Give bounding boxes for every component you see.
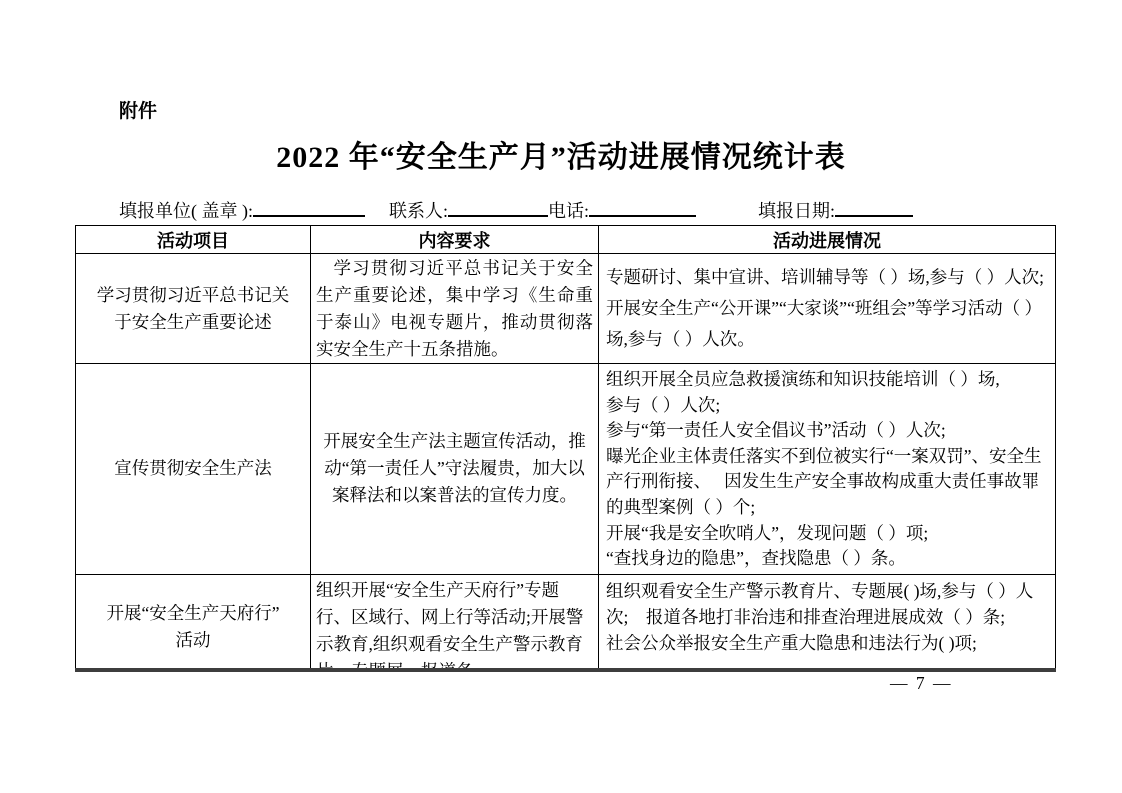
report-date-blank xyxy=(835,200,913,217)
report-info-line: 填报单位( 盖章 ):联系人:电话:填报日期: xyxy=(119,197,913,223)
table-header-row: 活动项目 内容要求 活动进展情况 xyxy=(76,226,1056,254)
table-row: 学习贯彻习近平总书记关 于安全生产重要论述 学习贯彻习近平总书记关于安全生产重要… xyxy=(76,254,1056,364)
progress-cell: 专题研讨、集中宣讲、培训辅导等（ ）场,参与（ ）人次;开展安全生产“公开课”“… xyxy=(599,254,1056,364)
table-row: 开展“安全生产天府行” 活动 组织开展“安全生产天府行”专题行、区域行、网上行等… xyxy=(76,574,1056,672)
contact-person-blank xyxy=(448,200,548,217)
requirements-cell: 学习贯彻习近平总书记关于安全生产重要论述，集中学习《生命重于泰山》电视专题片，推… xyxy=(311,254,599,364)
statistics-table: 活动项目 内容要求 活动进展情况 学习贯彻习近平总书记关 于安全生产重要论述 学… xyxy=(75,225,1056,672)
requirements-text: 学习贯彻习近平总书记关于安全生产重要论述，集中学习《生命重于泰山》电视专题片，推… xyxy=(311,255,598,363)
statistics-table-wrapper: 活动项目 内容要求 活动进展情况 学习贯彻习近平总书记关 于安全生产重要论述 学… xyxy=(75,225,1056,672)
progress-text: 组织观看安全生产警示教育片、专题展( )场,参与（ ）人次; 报道各地打非治违和… xyxy=(599,575,1055,658)
progress-cell: 组织开展全员应急救援演练和知识技能培训（ ）场, 参与（ ）人次; 参与“第一责… xyxy=(599,364,1056,575)
column-header-content-requirements: 内容要求 xyxy=(311,226,599,254)
page-title: 2022 年“安全生产月”活动进展情况统计表 xyxy=(0,132,1122,176)
phone-blank xyxy=(589,200,696,217)
project-cell: 学习贯彻习近平总书记关 于安全生产重要论述 xyxy=(76,254,311,364)
column-header-activity-project: 活动项目 xyxy=(76,226,311,254)
contact-person-label: 联系人: xyxy=(389,201,448,221)
document-page: 附件 2022 年“安全生产月”活动进展情况统计表 填报单位( 盖章 ):联系人… xyxy=(0,0,1122,793)
progress-cell: 组织观看安全生产警示教育片、专题展( )场,参与（ ）人次; 报道各地打非治违和… xyxy=(599,574,1056,672)
requirements-cell: 开展安全生产法主题宣传活动，推动“第一责任人”守法履贵，加大以案释法和以案普法的… xyxy=(311,364,599,575)
attachment-label: 附件 xyxy=(119,96,157,123)
reporting-unit-blank xyxy=(253,200,365,217)
page-number: — 7 — xyxy=(890,673,953,694)
requirements-text: 开展安全生产法主题宣传活动，推动“第一责任人”守法履贵，加大以案释法和以案普法的… xyxy=(311,428,598,509)
project-cell: 宣传贯彻安全生产法 xyxy=(76,364,311,575)
report-date-label: 填报日期: xyxy=(758,201,835,221)
project-cell: 开展“安全生产天府行” 活动 xyxy=(76,574,311,672)
reporting-unit-label: 填报单位( 盖章 ): xyxy=(119,201,253,221)
column-header-activity-progress: 活动进展情况 xyxy=(599,226,1056,254)
progress-text: 专题研讨、集中宣讲、培训辅导等（ ）场,参与（ ）人次;开展安全生产“公开课”“… xyxy=(599,260,1055,357)
phone-label: 电话: xyxy=(548,201,589,221)
table-row: 宣传贯彻安全生产法 开展安全生产法主题宣传活动，推动“第一责任人”守法履贵，加大… xyxy=(76,364,1056,575)
requirements-cell: 组织开展“安全生产天府行”专题行、区域行、网上行等活动;开展警示教育,组织观看安… xyxy=(311,574,599,672)
requirements-text: 组织开展“安全生产天府行”专题行、区域行、网上行等活动;开展警示教育,组织观看安… xyxy=(311,575,598,672)
progress-text: 组织开展全员应急救援演练和知识技能培训（ ）场, 参与（ ）人次; 参与“第一责… xyxy=(599,364,1055,574)
